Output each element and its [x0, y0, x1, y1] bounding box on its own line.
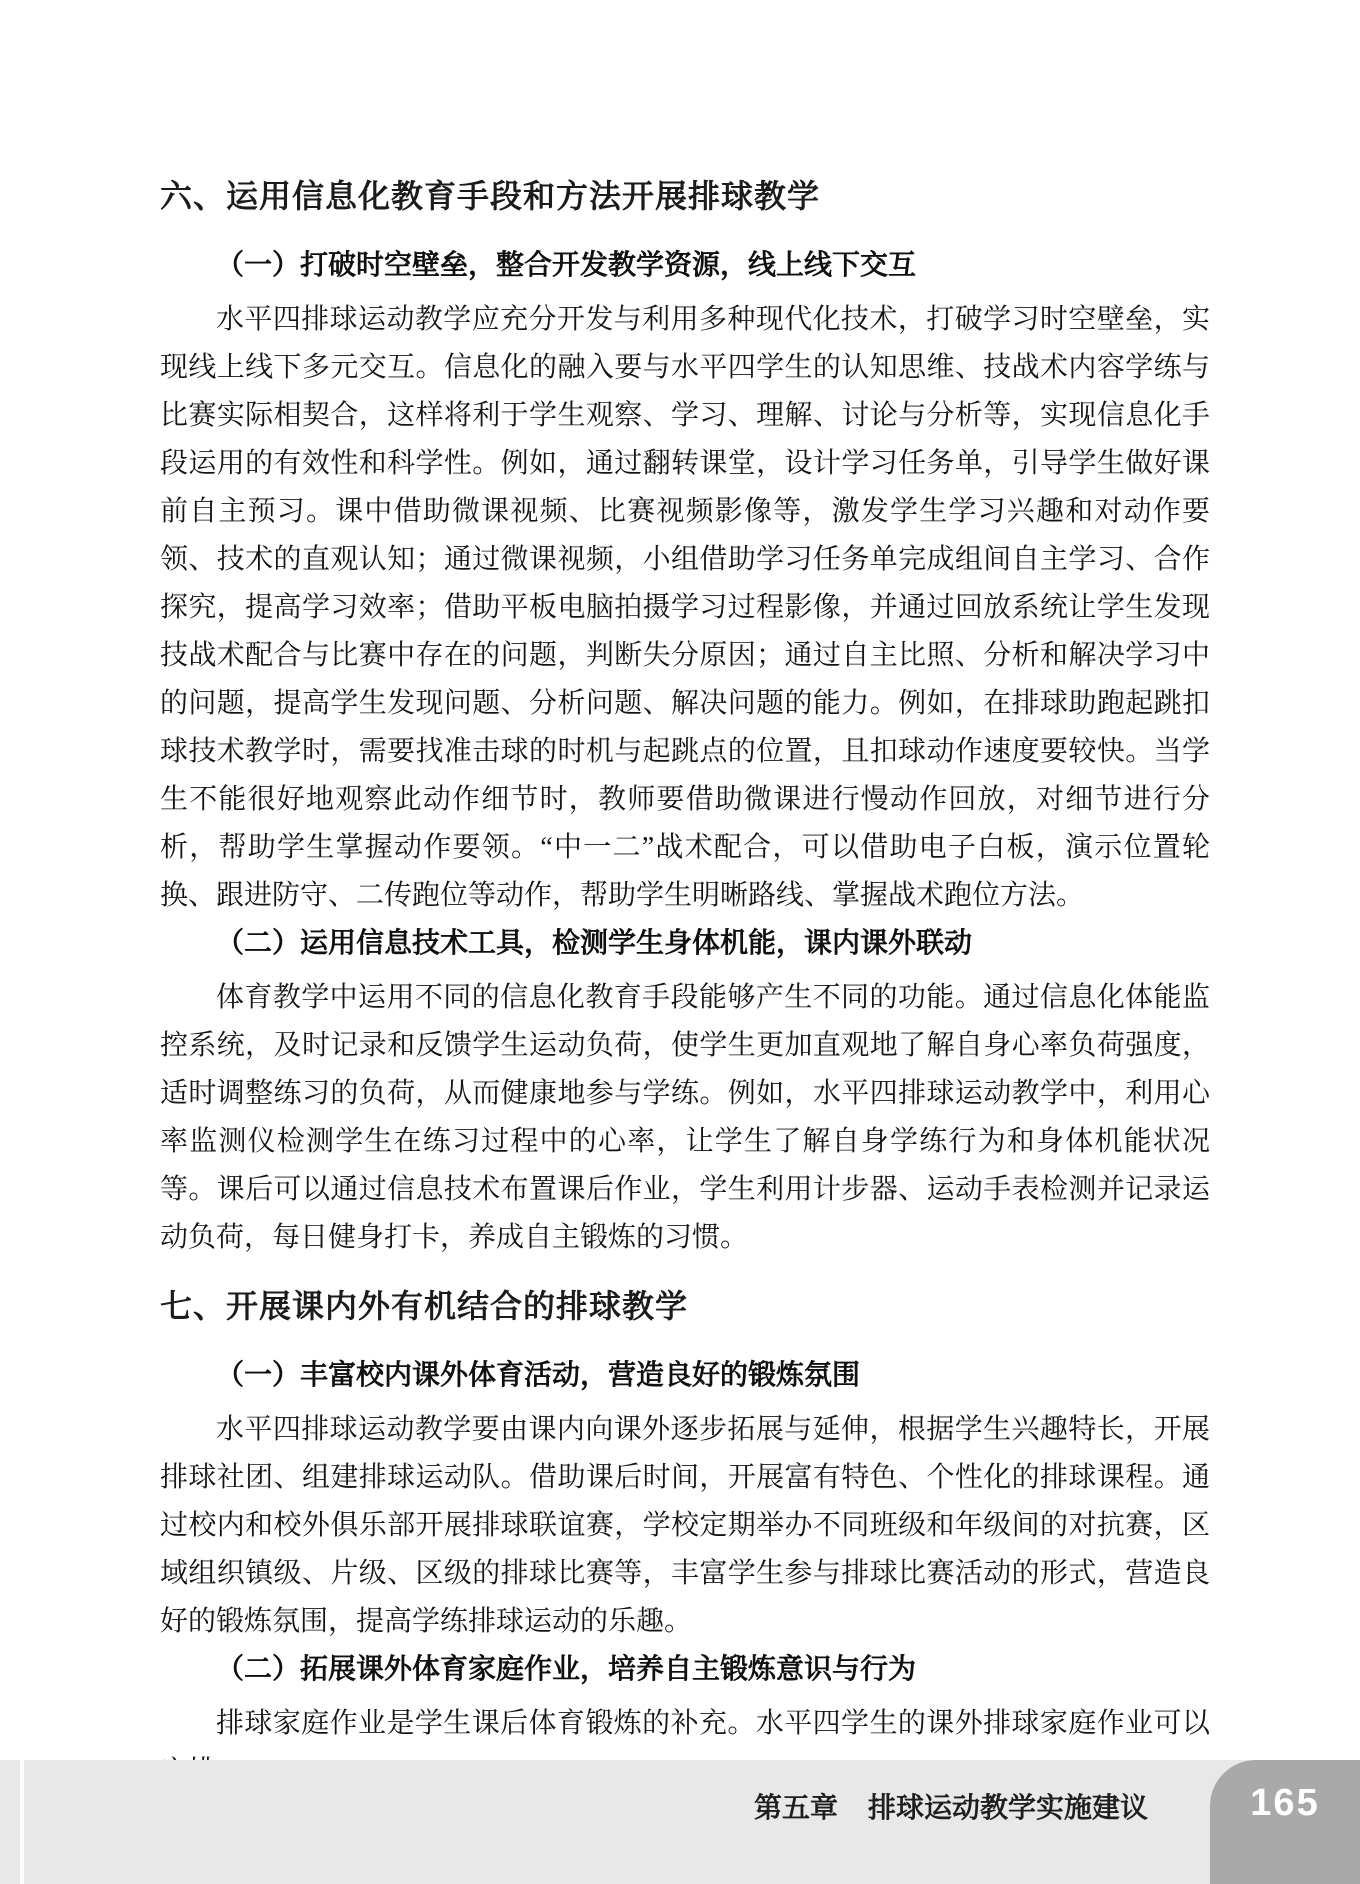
section-seven: 七、开展课内外有机结合的排球教学 （一）丰富校内课外体育活动，营造良好的锻炼氛围… [160, 1284, 1210, 1796]
page-number: 165 [1250, 1784, 1319, 1822]
footer-chapter-label: 第五章 [754, 1792, 838, 1823]
section-six: 六、运用信息化教育手段和方法开展排球教学 （一）打破时空壁垒，整合开发教学资源，… [160, 174, 1210, 1262]
section-seven-heading: 七、开展课内外有机结合的排球教学 [160, 1284, 1210, 1328]
page-content: 六、运用信息化教育手段和方法开展排球教学 （一）打破时空壁垒，整合开发教学资源，… [0, 0, 1360, 1796]
paragraph-7-1: 水平四排球运动教学要由课内向课外逐步拓展与延伸，根据学生兴趣特长，开展排球社团、… [160, 1406, 1210, 1646]
footer-spine-divider [20, 1760, 24, 1884]
page-footer: 第五章排球运动教学实施建议 165 [0, 1760, 1360, 1884]
paragraph-6-1: 水平四排球运动教学应充分开发与利用多种现代化技术，打破学习时空壁垒，实现线上线下… [160, 296, 1210, 920]
page-number-tab: 165 [1210, 1760, 1360, 1884]
subheading-6-2: （二）运用信息技术工具，检测学生身体机能，课内课外联动 [160, 920, 1210, 968]
subheading-7-2: （二）拓展课外体育家庭作业，培养自主锻炼意识与行为 [160, 1646, 1210, 1694]
footer-chapter-title: 排球运动教学实施建议 [868, 1792, 1148, 1823]
running-footer: 第五章排球运动教学实施建议 [754, 1794, 1148, 1822]
paragraph-6-2: 体育教学中运用不同的信息化教育手段能够产生不同的功能。通过信息化体能监控系统，及… [160, 974, 1210, 1262]
book-page: 六、运用信息化教育手段和方法开展排球教学 （一）打破时空壁垒，整合开发教学资源，… [0, 0, 1360, 1884]
section-six-heading: 六、运用信息化教育手段和方法开展排球教学 [160, 174, 1210, 218]
subheading-6-1: （一）打破时空壁垒，整合开发教学资源，线上线下交互 [160, 242, 1210, 290]
subheading-7-1: （一）丰富校内课外体育活动，营造良好的锻炼氛围 [160, 1352, 1210, 1400]
